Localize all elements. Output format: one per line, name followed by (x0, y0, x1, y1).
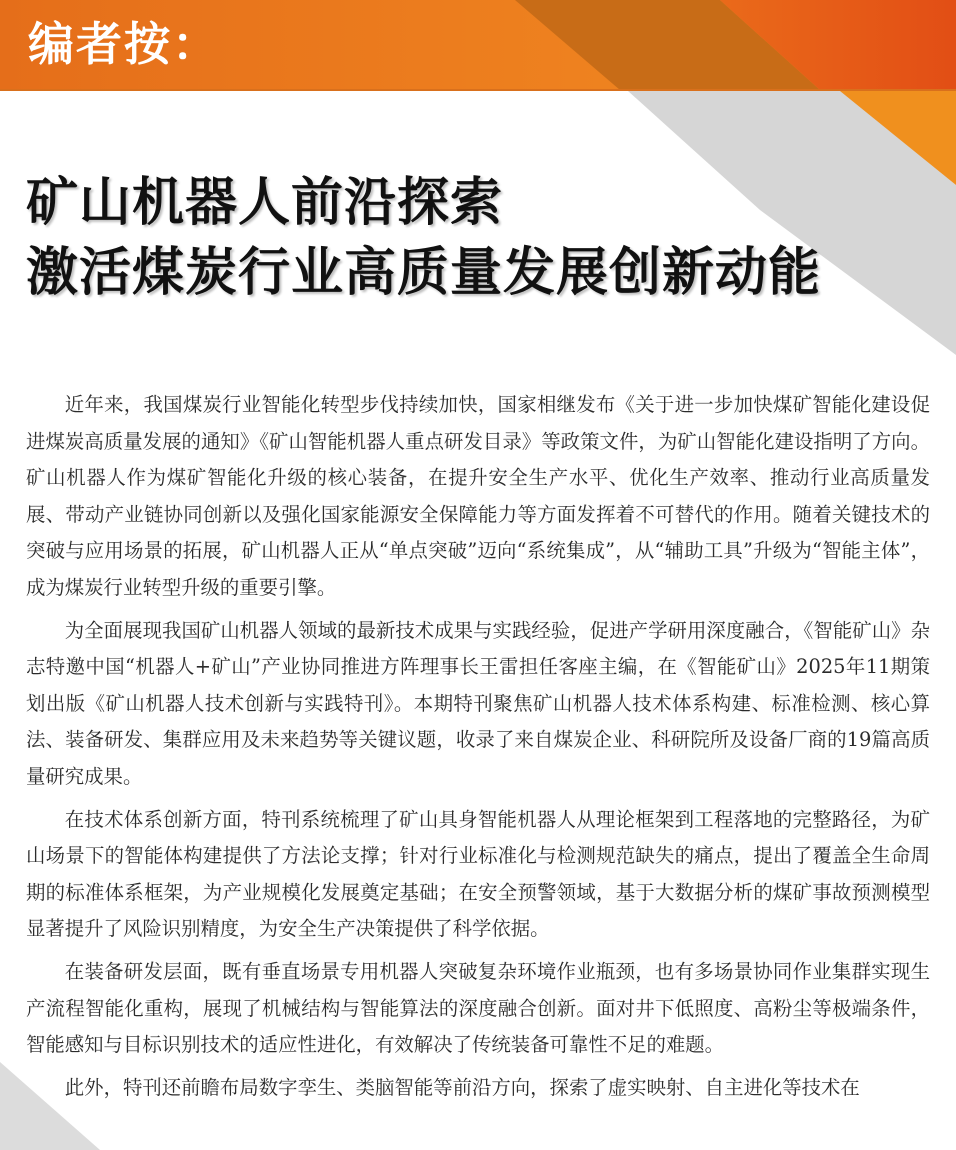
paragraph: 在装备研发层面，既有垂直场景专用机器人突破复杂环境作业瓶颈，也有多场景协同作业集… (26, 954, 930, 1064)
paragraph: 在技术体系创新方面，特刊系统梳理了矿山具身智能机器人从理论框架到工程落地的完整路… (26, 802, 930, 948)
editor-note-label: 编者按： (28, 14, 220, 74)
title-line-1: 矿山机器人前沿探索 (26, 168, 821, 238)
paragraph: 近年来，我国煤炭行业智能化转型步伐持续加快，国家相继发布《关于进一步加快煤矿智能… (26, 387, 930, 607)
article-title: 矿山机器人前沿探索 激活煤炭行业高质量发展创新动能 (26, 168, 821, 308)
article-body: 近年来，我国煤炭行业智能化转型步伐持续加快，国家相继发布《关于进一步加快煤矿智能… (26, 387, 930, 1112)
paragraph: 此外，特刊还前瞻布局数字孪生、类脑智能等前沿方向，探索了虚实映射、自主进化等技术… (26, 1070, 930, 1107)
paragraph: 为全面展现我国矿山机器人领域的最新技术成果与实践经验，促进产学研用深度融合，《智… (26, 613, 930, 796)
title-line-2: 激活煤炭行业高质量发展创新动能 (26, 238, 821, 308)
